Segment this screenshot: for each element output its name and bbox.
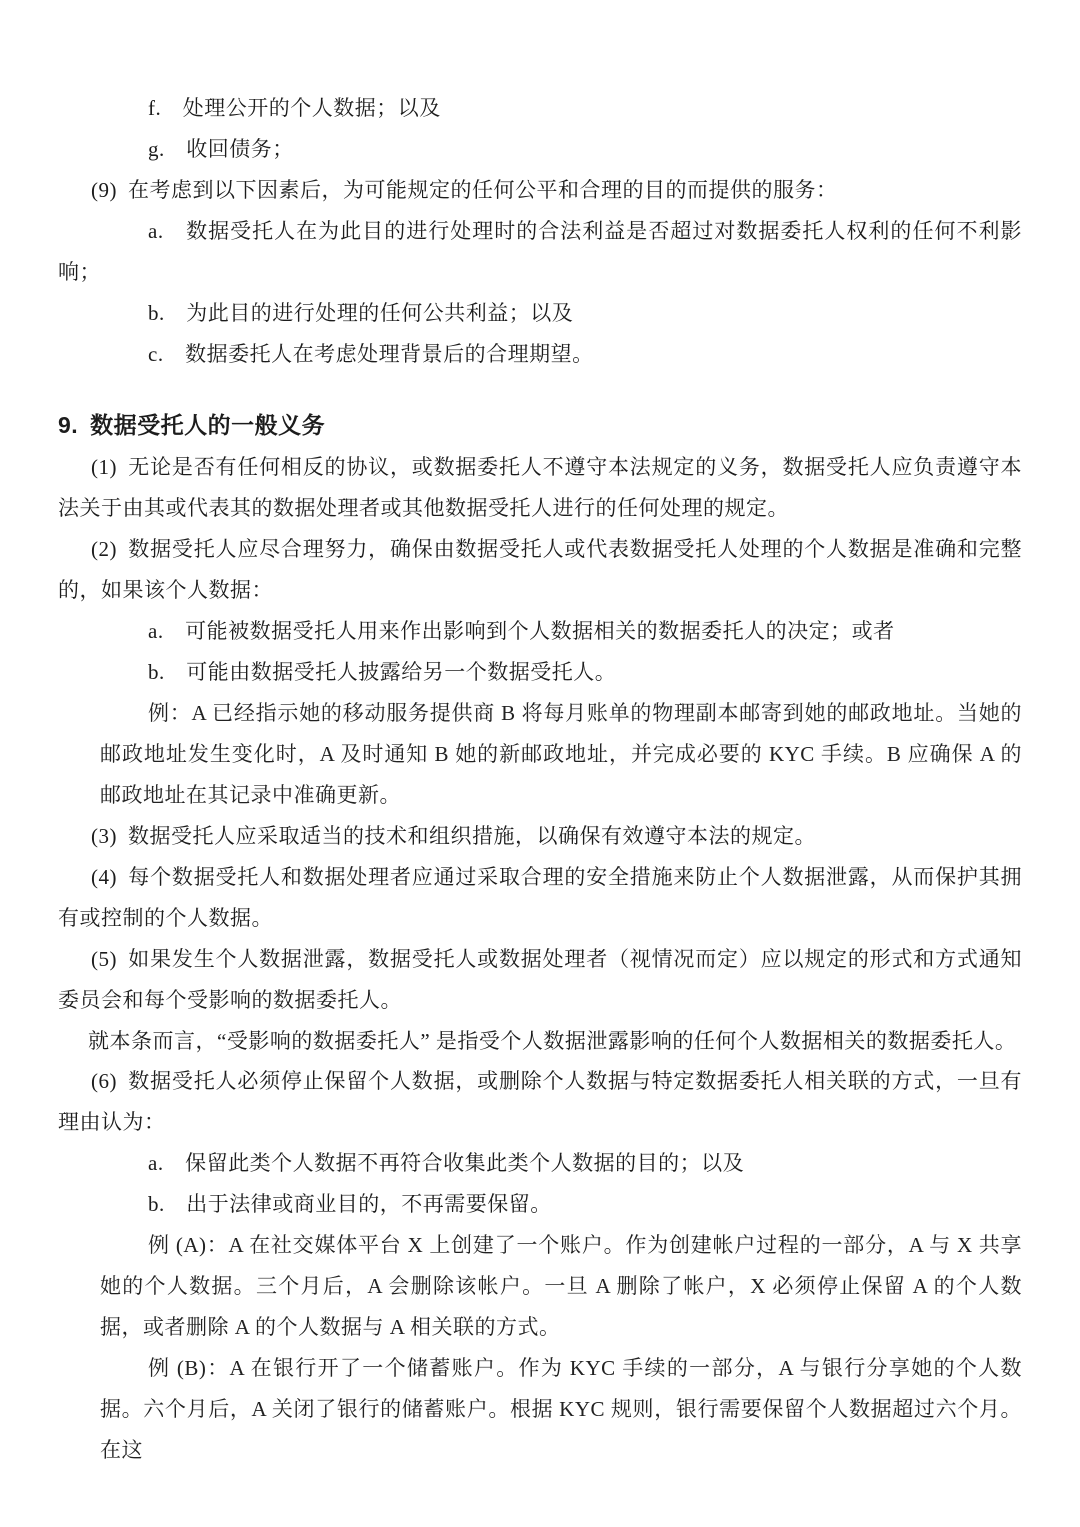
paragraph-item-6a: a. 保留此类个人数据不再符合收集此类个人数据的目的；以及: [58, 1143, 1022, 1184]
paragraph-item-6b: b. 出于法律或商业目的，不再需要保留。: [58, 1184, 1022, 1225]
paragraph-item-g: g. 收回债务；: [58, 129, 1022, 170]
paragraph-example-2: 例：A 已经指示她的移动服务提供商 B 将每月账单的物理副本邮寄到她的邮政地址。…: [100, 693, 1022, 816]
paragraph-clause-2: (2) 数据受托人应尽合理努力，确保由数据受托人或代表数据受托人处理的个人数据是…: [58, 529, 1022, 611]
paragraph-clause-6: (6) 数据受托人必须停止保留个人数据，或删除个人数据与特定数据委托人相关联的方…: [58, 1061, 1022, 1143]
paragraph-clause-9: (9) 在考虑到以下因素后，为可能规定的任何公平和合理的目的而提供的服务：: [58, 170, 1022, 211]
document-page: f. 处理公开的个人数据；以及g. 收回债务；(9) 在考虑到以下因素后，为可能…: [0, 0, 1080, 1527]
paragraph-item-9b: b. 为此目的进行处理的任何公共利益；以及: [58, 293, 1022, 334]
paragraph-clause-5: (5) 如果发生个人数据泄露，数据受托人或数据处理者（视情况而定）应以规定的形式…: [58, 939, 1022, 1021]
paragraph-item-2b: b. 可能由数据受托人披露给另一个数据受托人。: [58, 652, 1022, 693]
paragraph-clause-1: (1) 无论是否有任何相反的协议，或数据委托人不遵守本法规定的义务，数据受托人应…: [58, 447, 1022, 529]
paragraph-item-f: f. 处理公开的个人数据；以及: [58, 88, 1022, 129]
document-body: f. 处理公开的个人数据；以及g. 收回债务；(9) 在考虑到以下因素后，为可能…: [58, 88, 1022, 1471]
section-heading-section-9-heading: 9. 数据受托人的一般义务: [58, 403, 1022, 448]
paragraph-clause-3: (3) 数据受托人应采取适当的技术和组织措施，以确保有效遵守本法的规定。: [58, 816, 1022, 857]
paragraph-example-6a: 例 (A)：A 在社交媒体平台 X 上创建了一个账户。作为创建帐户过程的一部分，…: [100, 1225, 1022, 1348]
paragraph-example-6b: 例 (B)：A 在银行开了一个储蓄账户。作为 KYC 手续的一部分，A 与银行分…: [100, 1348, 1022, 1471]
paragraph-clause-5-note: 就本条而言，“受影响的数据委托人” 是指受个人数据泄露影响的任何个人数据相关的数…: [58, 1021, 1022, 1062]
paragraph-item-2a: a. 可能被数据受托人用来作出影响到个人数据相关的数据委托人的决定；或者: [58, 611, 1022, 652]
paragraph-item-9c: c. 数据委托人在考虑处理背景后的合理期望。: [58, 334, 1022, 375]
paragraph-clause-4: (4) 每个数据受托人和数据处理者应通过采取合理的安全措施来防止个人数据泄露，从…: [58, 857, 1022, 939]
paragraph-item-9a: a. 数据受托人在为此目的进行处理时的合法利益是否超过对数据委托人权利的任何不利…: [58, 211, 1022, 293]
